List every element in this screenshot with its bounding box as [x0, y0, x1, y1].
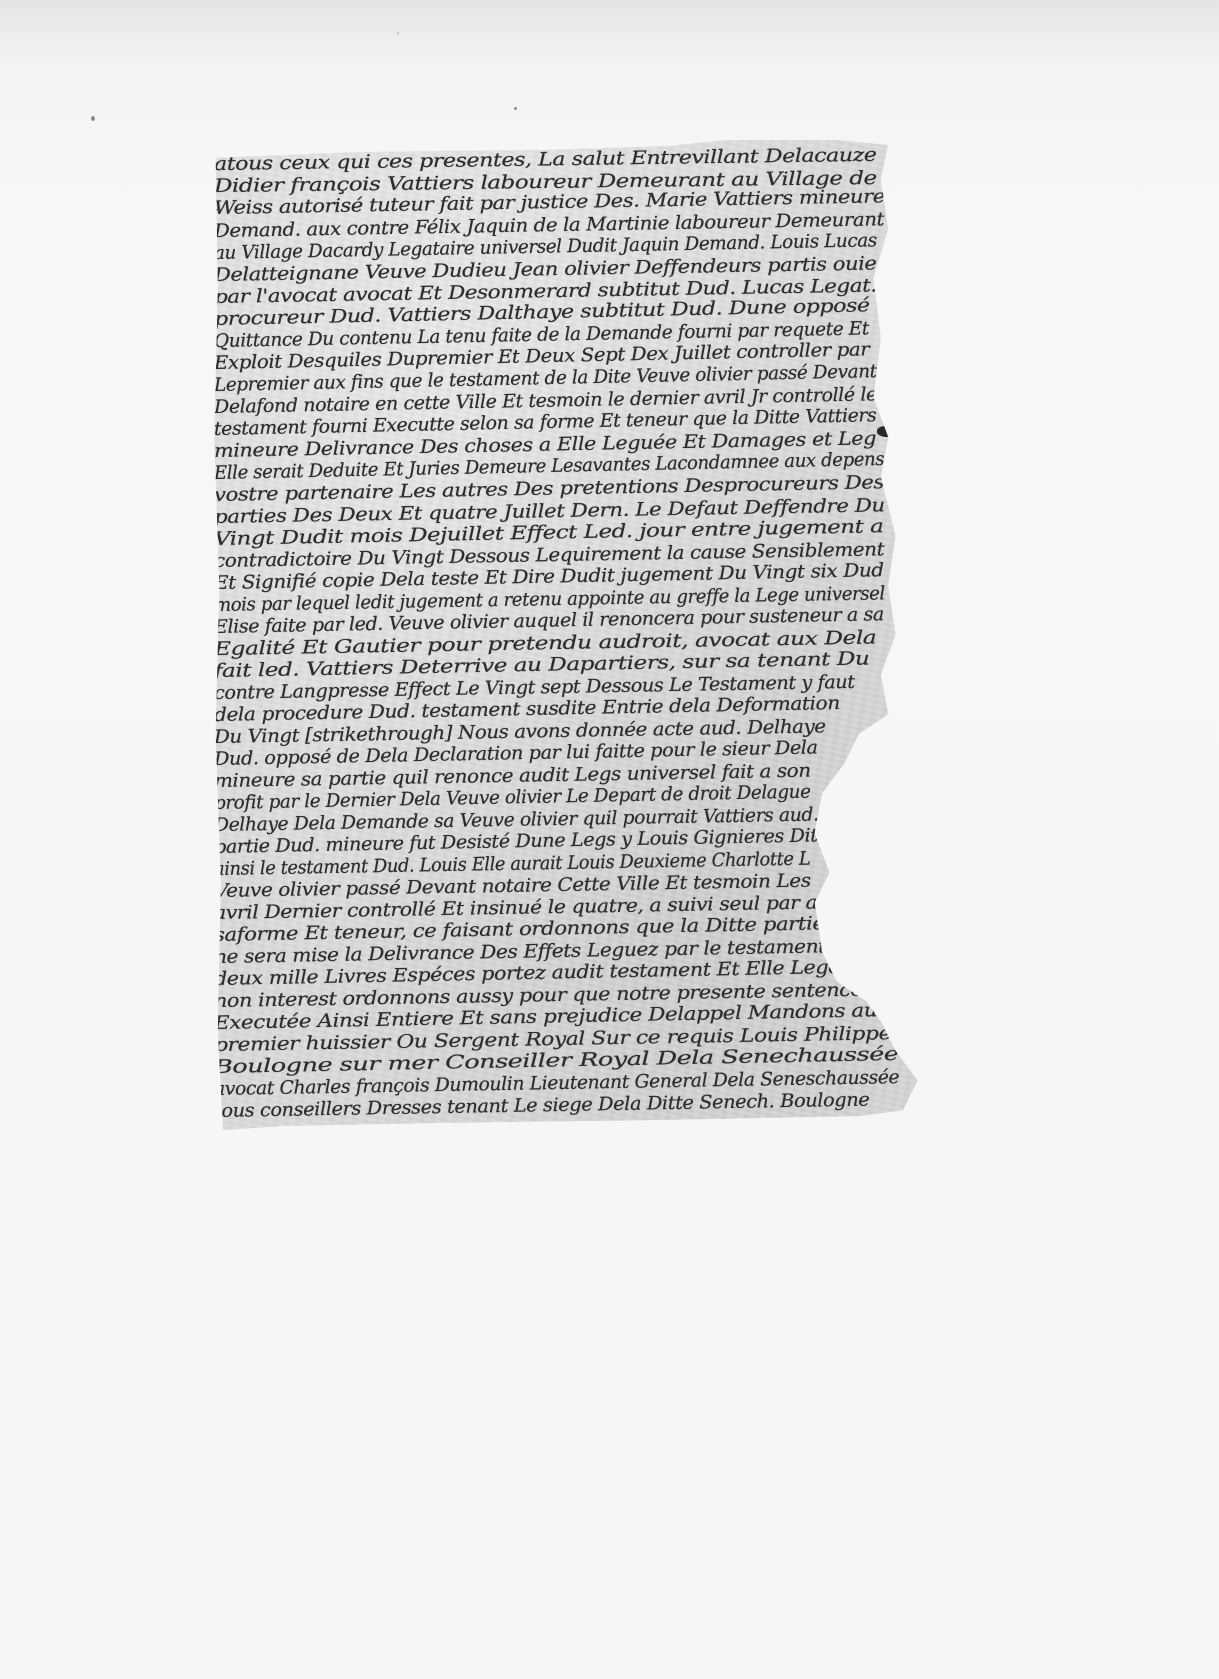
scan-speck [91, 116, 95, 121]
margin-mark: - [210, 720, 215, 739]
margin-mark: ~ [210, 200, 223, 219]
ink-blot [877, 426, 897, 437]
manuscript-text: atous ceux qui ces presentes, La salut E… [212, 140, 947, 1130]
scan-speck [397, 32, 399, 34]
manuscript-page: atous ceux qui ces presentes, La salut E… [212, 140, 947, 1130]
scan-speck [514, 107, 517, 110]
